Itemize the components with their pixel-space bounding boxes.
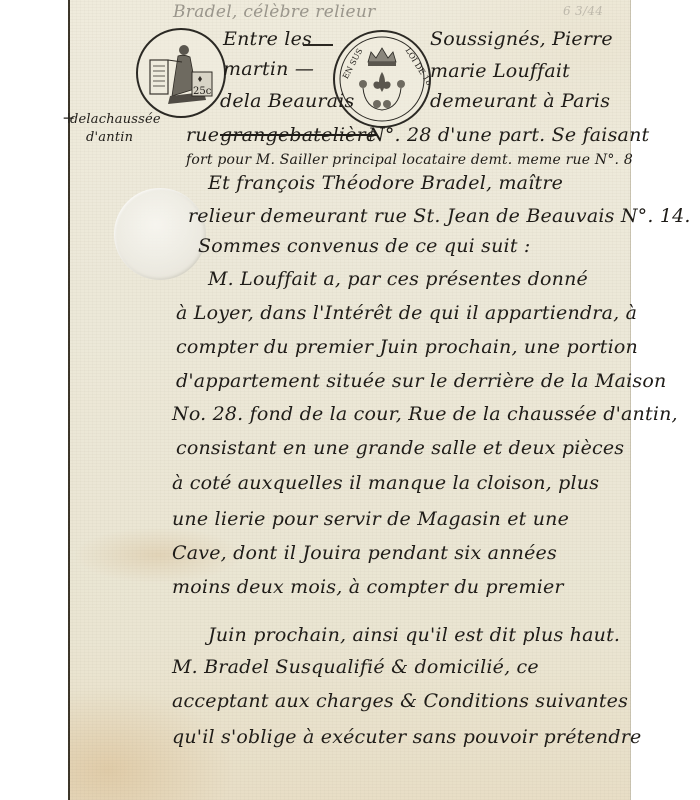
- text-line: moins deux mois, à compter du premier: [172, 576, 564, 598]
- manuscript-page: Bradel, célèbre relieur 6 3/44 25c: [68, 0, 631, 800]
- margin-note-line2: d'antin: [86, 130, 133, 145]
- svg-text:EN SUS: EN SUS: [341, 47, 364, 80]
- text-line: N°. 28 d'une part. Se faisant: [368, 124, 649, 146]
- pencil-inventory-number: 6 3/44: [563, 4, 603, 18]
- text-line: No. 28. fond de la cour, Rue de la chaus…: [172, 403, 678, 425]
- margin-note-line1: delachaussée: [70, 112, 161, 127]
- text-line: à Loyer, dans l'Intérêt de qui il appart…: [176, 302, 637, 324]
- text-line: qu'il s'oblige à exécuter sans pouvoir p…: [172, 726, 641, 748]
- text-line: acceptant aux charges & Conditions suiva…: [172, 690, 628, 712]
- svg-text:LOI DE 1816: LOI DE 1816: [404, 46, 429, 95]
- text-line: M. Bradel Susqualifié & domicilié, ce: [172, 656, 539, 678]
- text-line: Entre les: [223, 28, 312, 50]
- text-line: une lierie pour servir de Magasin et une: [172, 508, 569, 530]
- text-line: M. Louffait a, par ces présentes donné: [208, 268, 588, 290]
- text-line: compter du premier Juin prochain, une po…: [176, 336, 638, 358]
- text-line: marie Louffait: [430, 60, 570, 82]
- text-line: consistant en une grande salle et deux p…: [176, 437, 624, 459]
- text-line: à coté auxquelles il manque la cloison, …: [172, 472, 599, 494]
- text-line: Soussignés, Pierre: [430, 28, 613, 50]
- svg-text:25c: 25c: [193, 86, 212, 97]
- text-line: Et françois Théodore Bradel, maître: [208, 172, 563, 194]
- text-line: relieur demeurant rue St. Jean de Beauva…: [188, 205, 691, 227]
- embossed-seal: [114, 188, 206, 280]
- text-line: Juin prochain, ainsi qu'il est dit plus …: [208, 624, 620, 646]
- text-line: Cave, dont il Jouira pendant six années: [172, 542, 557, 564]
- text-line: d'appartement située sur le derrière de …: [176, 370, 666, 392]
- fiscal-stamp-loi-1816: EN SUS LOI DE 1816: [333, 30, 431, 128]
- text-line: demeurant à Paris: [430, 90, 610, 112]
- text-line: Sommes convenus de ce qui suit :: [198, 235, 531, 257]
- text-line: martin —: [223, 58, 314, 80]
- text-line: dela Beaurais: [220, 90, 354, 112]
- seated-figure-stamp-icon: 25c: [138, 30, 224, 116]
- text-line: rue: [186, 124, 219, 146]
- filler-dash: [303, 44, 333, 46]
- pencil-note: Bradel, célèbre relieur: [173, 2, 376, 22]
- struck-text: grangebatelière: [220, 124, 377, 146]
- text-line: fort pour M. Sailler principal locataire…: [186, 152, 633, 168]
- fiscal-stamp-25c: 25c: [136, 28, 226, 118]
